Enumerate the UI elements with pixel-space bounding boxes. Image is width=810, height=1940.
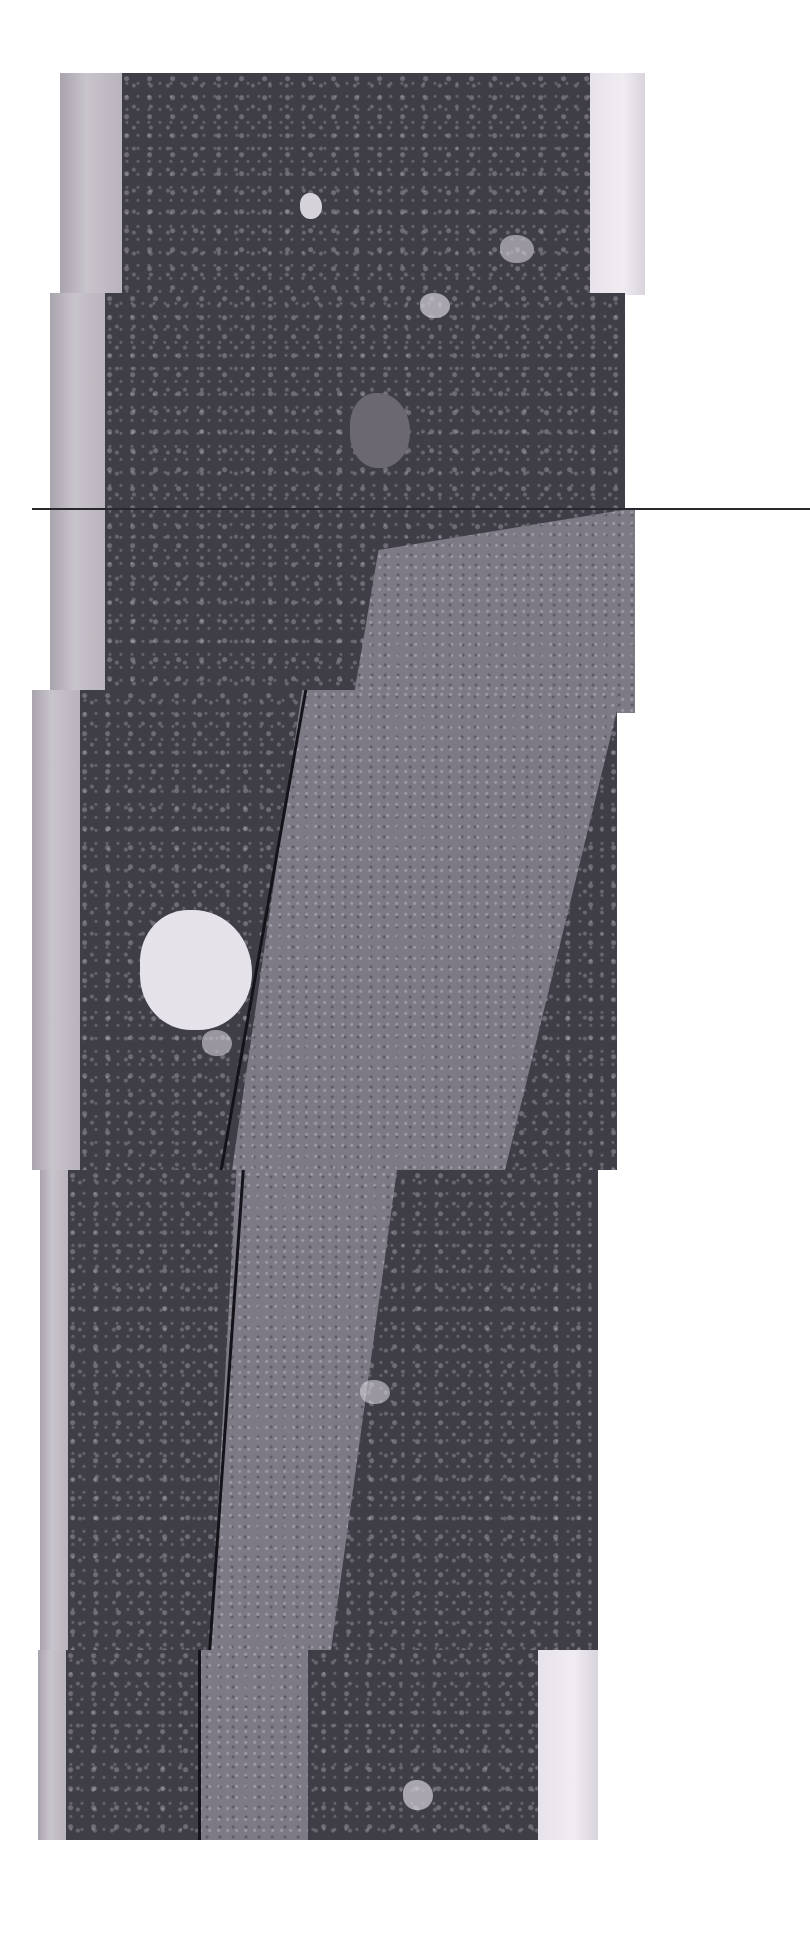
tray-left [40, 1170, 70, 1650]
clast [202, 1030, 232, 1056]
tray-left [60, 73, 125, 295]
light-vein [198, 1650, 308, 1840]
tray-left [38, 1650, 68, 1840]
clast [350, 393, 410, 468]
core-segment-2 [50, 293, 635, 713]
core-segment-1 [60, 73, 645, 295]
core-segment-5 [38, 1650, 598, 1840]
clast [360, 1380, 390, 1404]
large-white-clast [140, 910, 252, 1030]
tray-right [590, 73, 645, 295]
clast [403, 1780, 433, 1810]
core-segment-4 [40, 1170, 600, 1650]
tray-left [50, 293, 110, 713]
clast [300, 193, 322, 219]
breccia-matrix [66, 1650, 586, 1840]
horizontal-marker-line [32, 508, 810, 510]
tray-left [32, 690, 82, 1170]
core-segment-3 [32, 690, 617, 1170]
fracture [198, 1650, 201, 1840]
breccia-matrix [122, 73, 645, 295]
tray-right [538, 1650, 598, 1840]
clast [420, 293, 450, 318]
clast [500, 235, 534, 263]
